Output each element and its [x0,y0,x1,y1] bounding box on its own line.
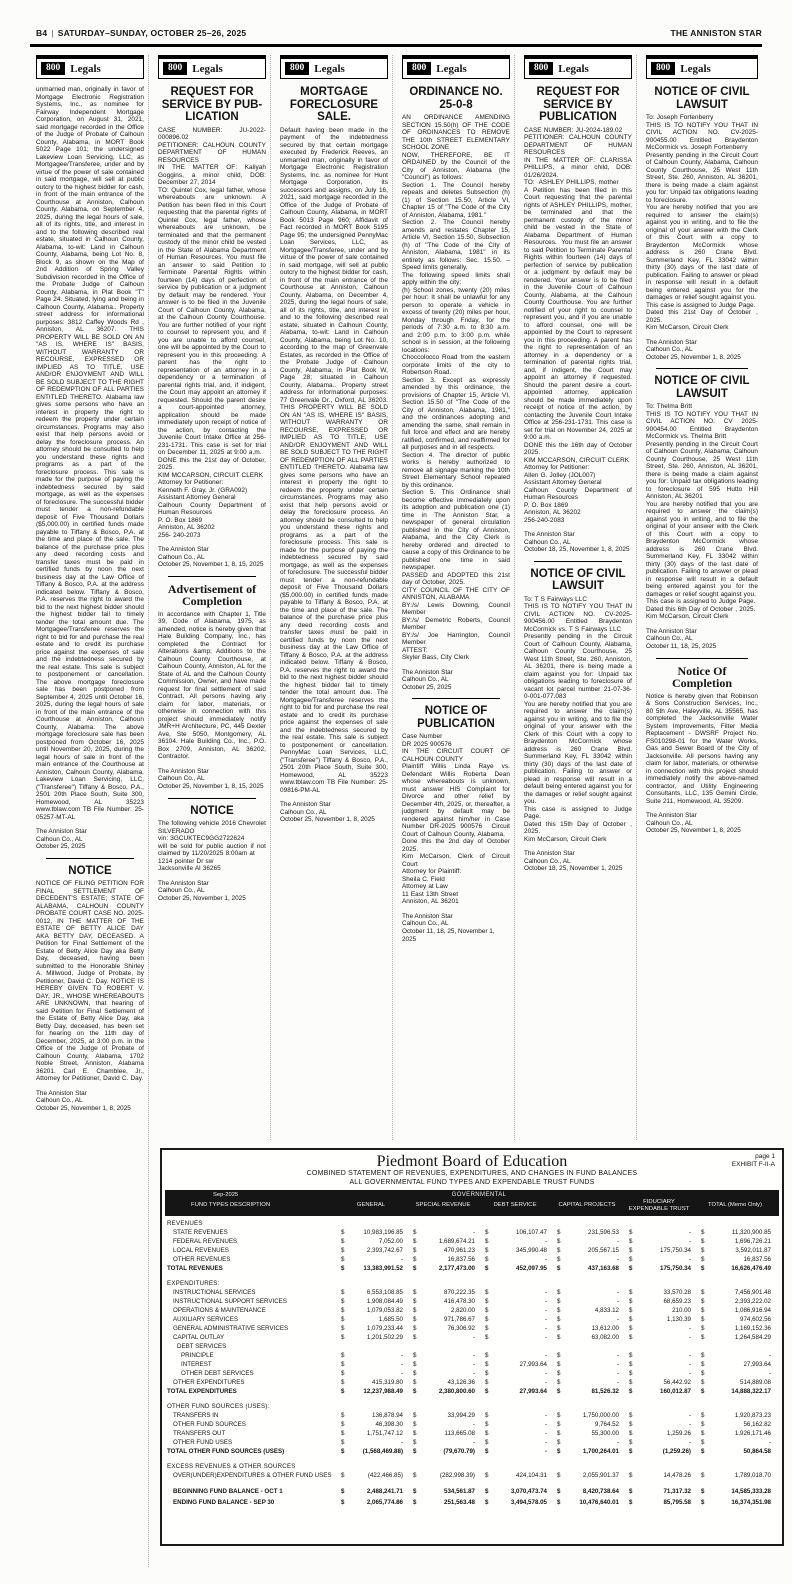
dollar-sign: $ [557,1237,560,1246]
report-cell: $1,079,233.44 [335,1324,407,1333]
report-cell: $- [407,1369,479,1378]
dollar-sign: $ [341,1255,344,1264]
cell-amount: 1,926,171.46 [735,1429,771,1438]
dollar-sign: $ [701,1237,704,1246]
cell-amount: - [617,1378,619,1387]
report-cell: $3,494,578.05 [479,1497,551,1508]
report-cell: $1,689,674.21 [407,1237,479,1246]
cell-amount: 27,993.64 [519,1360,547,1369]
dollar-sign: $ [485,1486,488,1497]
report-cell: $- [551,1438,623,1447]
report-cell: $1,685.50 [335,1315,407,1324]
report-cell: $1,130.39 [623,1315,695,1324]
dollar-sign: $ [413,1497,416,1508]
cell-amount: - [545,1447,547,1456]
date-line: SATURDAY–SUNDAY, OCTOBER 25–26, 2025 [58,28,247,38]
cell-amount: 16,837.56 [743,1255,771,1264]
dollar-sign: $ [341,1387,344,1396]
notice: NOTICE OF CIVIL LAWSUITTo: Joseph Forten… [646,86,758,361]
report-cell: $452,097.95 [479,1264,551,1273]
cell-amount: 13,383,991.52 [363,1264,403,1273]
report-subtitle-2: ALL GOVERNMENTAL FUND TYPES AND EXPENDAB… [165,1179,779,1188]
report-cell: $205,567.15 [551,1246,623,1255]
report-cell: $- [695,1438,775,1447]
report-row-label: TRANSFERS IN [165,1411,335,1420]
report-row-label: EXCESS REVENUES & OTHER SOURCES [165,1462,335,1471]
report-cell: $231,596.53 [551,1228,623,1237]
cell-amount: 3,494,578.05 [511,1497,547,1508]
report-cell: $14,478.26 [623,1471,695,1480]
report-cell: $- [335,1438,407,1447]
report-cell: $71,317.32 [623,1486,695,1497]
report-cell: $- [479,1237,551,1246]
dollar-sign: $ [701,1429,704,1438]
notice-body: NOTICE OF FILING PETITION FOR FINAL SETT… [36,880,144,1083]
board-report: Piedmont Board of Education page 1 EXHIB… [160,1148,784,1546]
cell-amount: - [545,1237,547,1246]
cell-amount: - [545,1429,547,1438]
cell-amount: - [769,1438,771,1447]
dollar-sign: $ [485,1255,488,1264]
report-row-label: OTHER FUND SOURCES (USES): [165,1402,335,1411]
dollar-sign: $ [413,1438,416,1447]
cell-amount: 974,602.56 [740,1315,771,1324]
dollar-sign: $ [485,1333,488,1342]
dollar-sign: $ [485,1246,488,1255]
cell-amount: 2,055,901.37 [583,1471,619,1480]
dollar-sign: $ [557,1369,560,1378]
cell-amount: 14,585,333.28 [731,1486,771,1497]
dollar-sign: $ [413,1315,416,1324]
report-column-header: FIDUCIARY EXPENDABLE TRUST [623,1198,695,1213]
cell-amount: - [617,1438,619,1447]
legals-column-4: 800LegalsORDINANCE NO. 25-0-8AN ORDINANC… [402,55,515,1140]
dollar-sign: $ [341,1306,344,1315]
cell-amount: 16,374,351.98 [731,1497,771,1508]
report-exhibit-label: EXHIBIT F-II-A [732,1161,775,1168]
report-cell: $- [551,1288,623,1297]
report-cell: $2,065,774.86 [335,1497,407,1508]
report-cell: $- [335,1360,407,1369]
dollar-sign: $ [557,1360,560,1369]
dollar-sign: $ [629,1360,632,1369]
notice-headline: REQUEST FOR SERVICE BY PUBLICATION [526,86,630,124]
report-cell: $1,086,916.94 [695,1306,775,1315]
cell-amount: 8,420,738.64 [583,1486,619,1497]
cell-amount: 2,488,241.71 [367,1486,403,1497]
report-cell: $974,602.56 [695,1315,775,1324]
cell-amount: 452,097.95 [516,1264,547,1273]
cell-amount: 2,393,222.02 [735,1297,771,1306]
report-column-header: TOTAL (Memo Only) [695,1201,775,1210]
cell-amount: 870,222.35 [444,1288,475,1297]
report-cell: $14,888,322.17 [695,1387,775,1396]
dollar-sign: $ [485,1420,488,1429]
cell-amount: - [545,1288,547,1297]
report-cell: $7,052.00 [335,1237,407,1246]
notice-separator [412,698,500,699]
cell-amount: 231,596.53 [588,1228,619,1237]
notice-signature: The Anniston Star Calhoun Co., AL Octobe… [524,850,632,873]
report-row-label: GENERAL ADMINISTRATIVE SERVICES [165,1324,335,1333]
report-row: FEDERAL REVENUES$7,052.00$1,689,674.21$-… [165,1237,779,1246]
cell-amount: 63,082.00 [591,1333,619,1342]
dollar-sign: $ [629,1471,632,1480]
notice-headline: NOTICE [160,805,264,818]
cell-amount: - [689,1411,691,1420]
dollar-sign: $ [413,1288,416,1297]
dollar-sign: $ [485,1264,488,1273]
notice-body: To: T S Fairways LLC THIS IS TO NOTIFY Y… [524,596,632,844]
report-row-label: OVER(UNDER)EXPENDITURES & OTHER FUND USE… [165,1471,335,1480]
report-cell: $81,526.32 [551,1387,623,1396]
cell-amount: - [545,1297,547,1306]
report-row-label: OPERATIONS & MAINTENANCE [165,1306,335,1315]
cell-amount: - [473,1360,475,1369]
cell-amount: - [545,1378,547,1387]
cell-amount: - [545,1306,547,1315]
report-cell: $- [407,1420,479,1429]
report-cell: $(79,670.79) [407,1447,479,1456]
report-cell: $2,393,222.02 [695,1297,775,1306]
dollar-sign: $ [413,1378,416,1387]
notice-headline: NOTICE [38,865,142,878]
cell-amount: - [689,1420,691,1429]
section-label: Legals [436,63,467,75]
cell-amount: - [617,1315,619,1324]
notice-body: The following vehicle 2016 Chevrolet SIL… [158,820,266,873]
cell-amount: 1,079,053.82 [367,1306,403,1315]
section-code-badge: 800 [407,62,431,75]
report-cell: $2,380,800.60 [407,1387,479,1396]
report-cell: $- [479,1315,551,1324]
cell-amount: 81,526.32 [591,1387,619,1396]
cell-amount: 55,300.00 [591,1429,619,1438]
legals-section-box: 800Legals [158,55,266,79]
dollar-sign: $ [413,1411,416,1420]
dollar-sign: $ [413,1264,416,1273]
legals-section-box: 800Legals [280,55,388,79]
cell-amount: - [401,1369,403,1378]
section-label: Legals [558,63,589,75]
report-cell: $(422,466.85) [335,1471,407,1480]
dollar-sign: $ [413,1471,416,1480]
report-cell: $1,789,018.70 [695,1471,775,1480]
cell-amount: 437,163.68 [588,1264,619,1273]
cell-amount: - [769,1369,771,1378]
dollar-sign: $ [701,1497,704,1508]
report-column-header: FUND TYPES DESCRIPTION [165,1201,335,1210]
report-cell: $- [479,1369,551,1378]
report-cell: $- [479,1429,551,1438]
dollar-sign: $ [629,1369,632,1378]
report-cell: $210.00 [623,1306,695,1315]
report-row-label: INSTRUCTIONAL SERVICES [165,1288,335,1297]
cell-amount: 9,764.52 [595,1420,619,1429]
cell-amount: - [689,1351,691,1360]
report-cell: $1,700,264.01 [551,1447,623,1456]
notice-signature: The Anniston Star Calhoun Co., AL Octobe… [158,880,266,903]
dollar-sign: $ [413,1447,416,1456]
notice: NOTICE OF PUBLICATIONCase Number DR 2025… [402,705,510,943]
report-cell: $43,126.36 [407,1378,479,1387]
dollar-sign: $ [341,1315,344,1324]
dollar-sign: $ [413,1228,416,1237]
dollar-sign: $ [341,1333,344,1342]
cell-amount: - [689,1228,691,1237]
report-cell: $12,237,988.49 [335,1387,407,1396]
report-cell: $- [623,1255,695,1264]
report-cell: $- [479,1351,551,1360]
report-rows: REVENUESSTATE REVENUES$10,983,196.85$-$1… [165,1216,779,1508]
cell-amount: 1,751,747.12 [367,1429,403,1438]
dollar-sign: $ [485,1497,488,1508]
report-cell: $534,561.87 [407,1486,479,1497]
cell-amount: - [617,1237,619,1246]
notice-body: CASE NUMBER: JU-2024-189.02 PETITIONER: … [524,127,632,525]
cell-amount: 76,306.92 [447,1324,475,1333]
dollar-sign: $ [341,1237,344,1246]
report-cell: $- [407,1333,479,1342]
report-row: TRANSFERS OUT$1,751,747.12$113,665.08$-$… [165,1429,779,1438]
dollar-sign: $ [557,1297,560,1306]
dollar-sign: $ [701,1411,704,1420]
report-row-label: EXPENDITURES: [165,1279,335,1288]
cell-amount: 1,750,000.00 [583,1411,619,1420]
cell-amount: 14,888,322.17 [731,1387,771,1396]
notice-body: CASE NUMBER: JU-2022-000896.02 PETITIONE… [158,127,266,540]
report-cell: $4,833.12 [551,1306,623,1315]
dollar-sign: $ [629,1255,632,1264]
dollar-sign: $ [341,1288,344,1297]
notice-headline: REQUEST FOR SERVICE BY PUB- LICATION [160,86,264,124]
cell-amount: 1,920,873.23 [735,1411,771,1420]
report-row-label: TOTAL REVENUES [165,1264,335,1273]
report-cell: $971,786.67 [407,1315,479,1324]
report-cell: $- [479,1288,551,1297]
report-cell: $136,878.94 [335,1411,407,1420]
report-row: TOTAL REVENUES$13,383,991.52$2,177,473.0… [165,1264,779,1273]
cell-amount: 56,162.82 [743,1420,771,1429]
report-cell: $- [695,1369,775,1378]
report-cell: $- [479,1333,551,1342]
cell-amount: 424,104.31 [516,1471,547,1480]
dollar-sign: $ [485,1324,488,1333]
notice-separator [168,798,256,799]
dollar-sign: $ [557,1486,560,1497]
report-cell: $50,864.58 [695,1447,775,1456]
dollar-sign: $ [701,1228,704,1237]
report-cell: $1,908,084.49 [335,1297,407,1306]
notice-signature: The Anniston Star Calhoun Co., AL Octobe… [524,531,632,554]
section-code-badge: 800 [529,62,553,75]
dollar-sign: $ [557,1497,560,1508]
legals-section-box: 800Legals [402,55,510,79]
report-row: OTHER FUND SOURCES$46,398.30$-$-$9,764.5… [165,1420,779,1429]
notice-signature: The Anniston Star Calhoun Co., AL Octobe… [158,546,266,569]
dollar-sign: $ [341,1447,344,1456]
cell-amount: 136,878.94 [372,1411,403,1420]
dollar-sign: $ [413,1306,416,1315]
dollar-sign: $ [341,1324,344,1333]
cell-amount: 2,380,800.60 [439,1387,475,1396]
report-cell: $- [551,1351,623,1360]
report-cell: $9,764.52 [551,1420,623,1429]
dollar-sign: $ [629,1324,632,1333]
dollar-sign: $ [629,1447,632,1456]
report-row: CAPITAL OUTLAY$1,201,502.29$-$-$63,082.0… [165,1333,779,1342]
report-cell: $415,319.80 [335,1378,407,1387]
report-cell: $7,456,901.48 [695,1288,775,1297]
cell-amount: 10,983,196.85 [363,1228,403,1237]
cell-amount: - [689,1255,691,1264]
report-cell: $113,665.08 [407,1429,479,1438]
dollar-sign: $ [485,1447,488,1456]
report-cell: $27,993.64 [695,1360,775,1369]
section-code-badge: 800 [41,62,65,75]
cell-amount: 2,393,742.67 [367,1246,403,1255]
notice-headline: Notice Of Completion [648,665,756,690]
header-rule [30,44,762,47]
cell-amount: 971,786.67 [444,1315,475,1324]
notice-body: Notice is hereby given that Robinson & S… [646,693,758,806]
notice-headline: NOTICE OF CIVIL LAWSUIT [648,86,756,111]
dollar-sign: $ [413,1387,416,1396]
report-cell: $1,920,873.23 [695,1411,775,1420]
dollar-sign: $ [701,1255,704,1264]
dollar-sign: $ [413,1369,416,1378]
report-cell: $- [551,1255,623,1264]
cell-amount: 1,259.26 [667,1429,691,1438]
report-row: OTHER FUND USES$-$-$-$-$-$- [165,1438,779,1447]
cell-amount: - [473,1351,475,1360]
dollar-sign: $ [485,1378,488,1387]
cell-amount: - [769,1351,771,1360]
dollar-sign: $ [629,1333,632,1342]
dollar-sign: $ [701,1486,704,1497]
dollar-sign: $ [701,1360,704,1369]
report-cell: $- [479,1306,551,1315]
report-cell: $1,751,747.12 [335,1429,407,1438]
notice-body: To: Joseph Fortenberry THIS IS TO NOTIFY… [646,114,758,332]
report-row-label: OTHER DEBT SERVICES [165,1369,335,1378]
dollar-sign: $ [485,1360,488,1369]
notice-signature: The Anniston Star Calhoun Co., AL Octobe… [402,913,510,943]
dollar-sign: $ [413,1420,416,1429]
report-cell: $- [551,1369,623,1378]
report-cell: $16,837.56 [695,1255,775,1264]
cell-amount: 11,320,900.85 [732,1228,771,1237]
cell-amount: 106,107.47 [516,1228,547,1237]
dollar-sign: $ [485,1306,488,1315]
cell-amount: 1,696,726.21 [735,1237,771,1246]
cell-amount: 113,665.08 [444,1429,475,1438]
dollar-sign: $ [557,1255,560,1264]
dollar-sign: $ [341,1471,344,1480]
notice-signature: The Anniston Star Calhoun Co., AL Octobe… [402,669,510,692]
cell-amount: 7,052.00 [379,1237,403,1246]
report-cell: $- [335,1369,407,1378]
report-cell: $55,300.00 [551,1429,623,1438]
report-cell: $(282,998.39) [407,1471,479,1480]
legals-column-3: 800LegalsMORTGAGE FORECLOSURE SALE.Defau… [280,55,393,1140]
section-code-badge: 800 [651,62,675,75]
dollar-sign: $ [701,1297,704,1306]
dollar-sign: $ [629,1315,632,1324]
dollar-sign: $ [485,1429,488,1438]
report-cell: $470,961.23 [407,1246,479,1255]
report-row: TRANSFERS IN$136,878.94$33,994.29$-$1,75… [165,1411,779,1420]
cell-amount: - [545,1333,547,1342]
dollar-sign: $ [701,1306,704,1315]
report-row-label: FEDERAL REVENUES [165,1237,335,1246]
cell-amount: 251,563.48 [444,1497,475,1508]
notice: MORTGAGE FORECLOSURE SALE.Default having… [280,86,388,824]
report-cell: $- [623,1369,695,1378]
report-row-label: OTHER FUND USES [165,1438,335,1447]
report-cell: $- [551,1315,623,1324]
dollar-sign: $ [629,1237,632,1246]
report-row-label: AUXILIARY SERVICES [165,1315,335,1324]
report-page-label: page 1 [755,1153,775,1160]
cell-amount: - [617,1288,619,1297]
report-cell: $2,393,742.67 [335,1246,407,1255]
cell-amount: 514,889.08 [740,1378,771,1387]
report-cell: $85,795.58 [623,1497,695,1508]
cell-amount: (1,259.26) [663,1447,691,1456]
dollar-sign: $ [701,1264,704,1273]
report-cell: $- [479,1438,551,1447]
report-cell: $46,398.30 [335,1420,407,1429]
dollar-sign: $ [341,1429,344,1438]
report-cell: $160,012.87 [623,1387,695,1396]
notice-signature: The Anniston Star Calhoun Co., AL Octobe… [280,801,388,824]
report-cell: $416,478.30 [407,1297,479,1306]
report-band-row-2: FUND TYPES DESCRIPTIONGENERALSPECIAL REV… [165,1198,779,1213]
dollar-sign: $ [557,1387,560,1396]
cell-amount: (1,568,469.88) [363,1447,403,1456]
report-row: BEGINNING FUND BALANCE - OCT 1$2,488,241… [165,1486,779,1497]
dollar-sign: $ [701,1447,704,1456]
notice: Advertisement of CompletionIn accordance… [158,583,266,791]
dollar-sign: $ [485,1438,488,1447]
dollar-sign: $ [341,1486,344,1497]
cell-amount: - [401,1255,403,1264]
report-cell: $2,820.00 [407,1306,479,1315]
notice: REQUEST FOR SERVICE BY PUB- LICATIONCASE… [158,86,266,569]
dollar-sign: $ [341,1228,344,1237]
dollar-sign: $ [557,1351,560,1360]
cell-amount: 27,993.64 [743,1360,771,1369]
report-row-label: INSTRUCTIONAL SUPPORT SERVICES [165,1297,335,1306]
report-cell: $33,570.28 [623,1288,695,1297]
notice-headline: MORTGAGE FORECLOSURE SALE. [282,86,386,124]
cell-amount: 1,264,584.29 [735,1333,771,1342]
report-cell: $10,476,640.01 [551,1497,623,1508]
report-title: Piedmont Board of Education [165,1153,779,1170]
cell-amount: 4,833.12 [595,1306,619,1315]
cell-amount: 1,685.50 [379,1315,403,1324]
cell-amount: 175,750.34 [660,1246,691,1255]
notice: NOTICE OF CIVIL LAWSUITTo: T S Fairways … [524,568,632,873]
cell-amount: - [545,1420,547,1429]
dollar-sign: $ [485,1387,488,1396]
cell-amount: - [617,1360,619,1369]
cell-amount: 1,169,152.36 [735,1324,771,1333]
report-row-label: OTHER REVENUES [165,1255,335,1264]
dollar-sign: $ [485,1351,488,1360]
report-cell: $- [623,1438,695,1447]
